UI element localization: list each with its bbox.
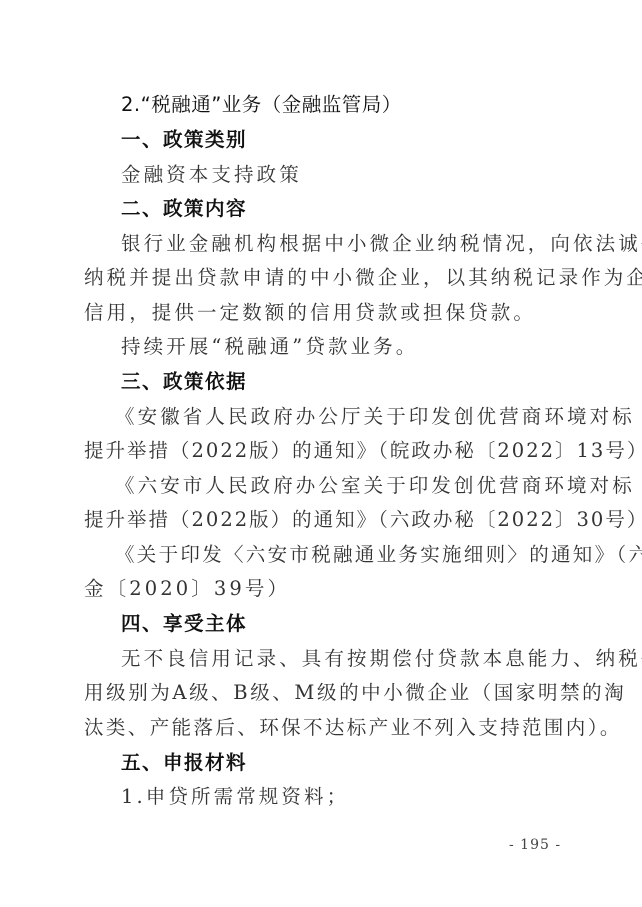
section-heading-policy-basis: 三、政策依据 <box>121 369 596 395</box>
policy-content-line: 信用，提供一定数额的信用贷款或担保贷款。 <box>84 300 559 326</box>
policy-basis-line: 《六安市人民政府办公室关于印发创优营商环境对标 <box>115 473 590 499</box>
page-number: - 195 - <box>509 837 561 853</box>
beneficiaries-line: 无不良信用记录、具有按期偿付贷款本息能力、纳税信 <box>121 646 596 672</box>
policy-basis-line: 《关于印发〈六安市税融通业务实施细则〉的通知》（六 <box>115 542 590 568</box>
document-page: 2.“税融通”业务（金融监管局） 一、政策类别 金融资本支持政策 二、政策内容 … <box>0 0 642 907</box>
policy-basis-line: 提升举措（2022版）的通知》（皖政办秘〔2022〕13号） <box>84 438 559 464</box>
policy-content-line: 银行业金融机构根据中小微企业纳税情况，向依法诚信 <box>121 231 596 257</box>
beneficiaries-line: 汰类、产能落后、环保不达标产业不列入支持范围内）。 <box>84 715 559 741</box>
policy-content-line: 持续开展“税融通”贷款业务。 <box>121 334 596 360</box>
policy-basis-line: 《安徽省人民政府办公厅关于印发创优营商环境对标 <box>115 404 590 430</box>
policy-content-line: 纳税并提出贷款申请的中小微企业，以其纳税记录作为企业 <box>84 265 559 291</box>
section-heading-policy-category: 一、政策类别 <box>121 127 596 153</box>
section-heading-policy-content: 二、政策内容 <box>121 196 596 222</box>
policy-basis-line: 提升举措（2022版）的通知》（六政办秘〔2022〕30号） <box>84 507 559 533</box>
section-heading-application-materials: 五、申报材料 <box>121 750 596 776</box>
beneficiaries-line: 用级别为A级、B级、M级的中小微企业（国家明禁的淘 <box>84 680 559 706</box>
application-materials-line: 1.申贷所需常规资料； <box>121 784 596 810</box>
document-title: 2.“税融通”业务（金融监管局） <box>121 92 596 118</box>
policy-basis-line: 金〔2020〕39号） <box>84 576 559 602</box>
section-heading-beneficiaries: 四、享受主体 <box>121 611 596 637</box>
policy-category-text: 金融资本支持政策 <box>121 162 596 188</box>
